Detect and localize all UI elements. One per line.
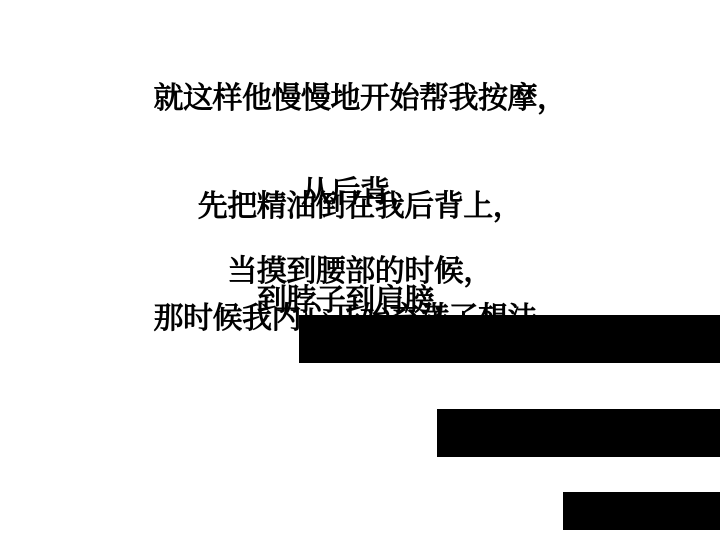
censor-bar-top: [299, 315, 720, 363]
censor-bar-middle: [437, 409, 720, 457]
censor-bar-bottom: [563, 492, 720, 530]
comic-page: 就这样他慢慢地开始帮我按摩， 先把精油倒在我后背上， 从后背， 到脖子到肩膀， …: [0, 0, 720, 548]
